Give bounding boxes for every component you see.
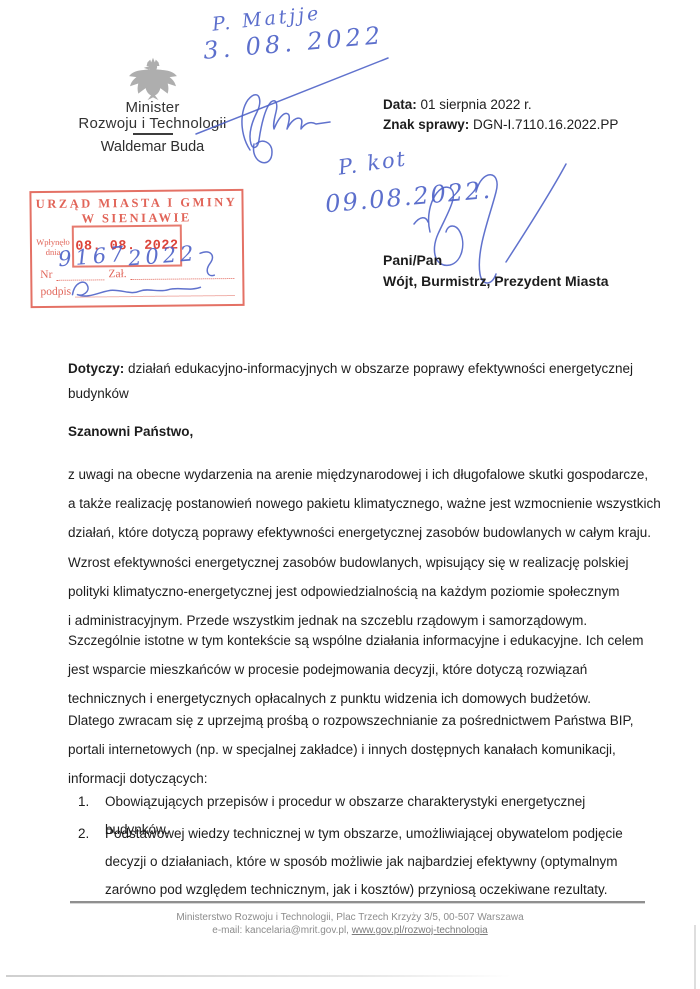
scan-edge-artifact-bottom (6, 975, 511, 977)
header-divider (133, 133, 173, 135)
footer-address: Ministerstwo Rozwoju i Technologii, Plac… (0, 911, 700, 924)
stamp-podpis-label: podpis (40, 286, 71, 298)
paragraph-1: z uwagi na obecne wydarzenia na arenie m… (68, 460, 678, 547)
recipient-block: Pani/Pan Wójt, Burmistrz, Prezydent Mias… (383, 250, 609, 291)
list-item-2-number: 2. (78, 820, 98, 848)
letter-meta: Data: 01 sierpnia 2022 r. Znak sprawy: D… (383, 95, 618, 134)
subject-line: Dotyczy: działań edukacyjno-informacyjny… (68, 356, 668, 406)
case-number-label: Znak sprawy: (383, 117, 469, 132)
date-value: 01 sierpnia 2022 r. (421, 97, 532, 112)
date-label: Data: (383, 97, 417, 112)
footer-divider (70, 901, 645, 903)
recipient-salutation: Pani/Pan (383, 250, 609, 271)
paragraph-2: Wzrost efektywności energetycznej zasobó… (68, 548, 678, 635)
recipient-title: Wójt, Burmistrz, Prezydent Miasta (383, 271, 609, 292)
letter-salutation: Szanowni Państwo, (68, 424, 193, 439)
scan-edge-artifact-right (694, 925, 696, 989)
handwritten-stamp-zal: 2022 (127, 241, 198, 270)
list-item-1-number: 1. (78, 788, 98, 816)
list-item-2-text: Podstawowej wiedzy technicznej w tym obs… (105, 820, 650, 904)
paragraph-3: Szczególnie istotne w tym kontekście są … (68, 626, 678, 713)
footer-website-link[interactable]: www.gov.pl/rozwoj-technologia (352, 925, 488, 936)
paragraph-4: Dlatego zwracam się z uprzejmą prośbą o … (68, 706, 678, 793)
case-number-value: DGN-I.7110.16.2022.PP (473, 117, 618, 132)
meta-date-row: Data: 01 sierpnia 2022 r. (383, 95, 618, 115)
footer-contact: e-mail: kancelaria@mrit.gov.pl, www.gov.… (0, 924, 700, 937)
scanned-letter-page: { "colors": { "stamp_red": "#dc4a3c", "h… (0, 0, 700, 989)
subject-text: działań edukacyjno-informacyjnych w obsz… (68, 361, 633, 401)
subject-label: Dotyczy: (68, 361, 124, 376)
stamp-nr-label: Nr (40, 269, 52, 281)
footer-email: e-mail: kancelaria@mrit.gov.pl, (212, 925, 349, 936)
meta-case-row: Znak sprawy: DGN-I.7110.16.2022.PP (383, 115, 618, 135)
received-stamp: URZĄD MIASTA I GMINY W SIENIAWIE Wpłynęł… (29, 189, 244, 308)
handwritten-podpis-scribble (68, 275, 208, 304)
polish-eagle-emblem-icon (127, 55, 179, 101)
